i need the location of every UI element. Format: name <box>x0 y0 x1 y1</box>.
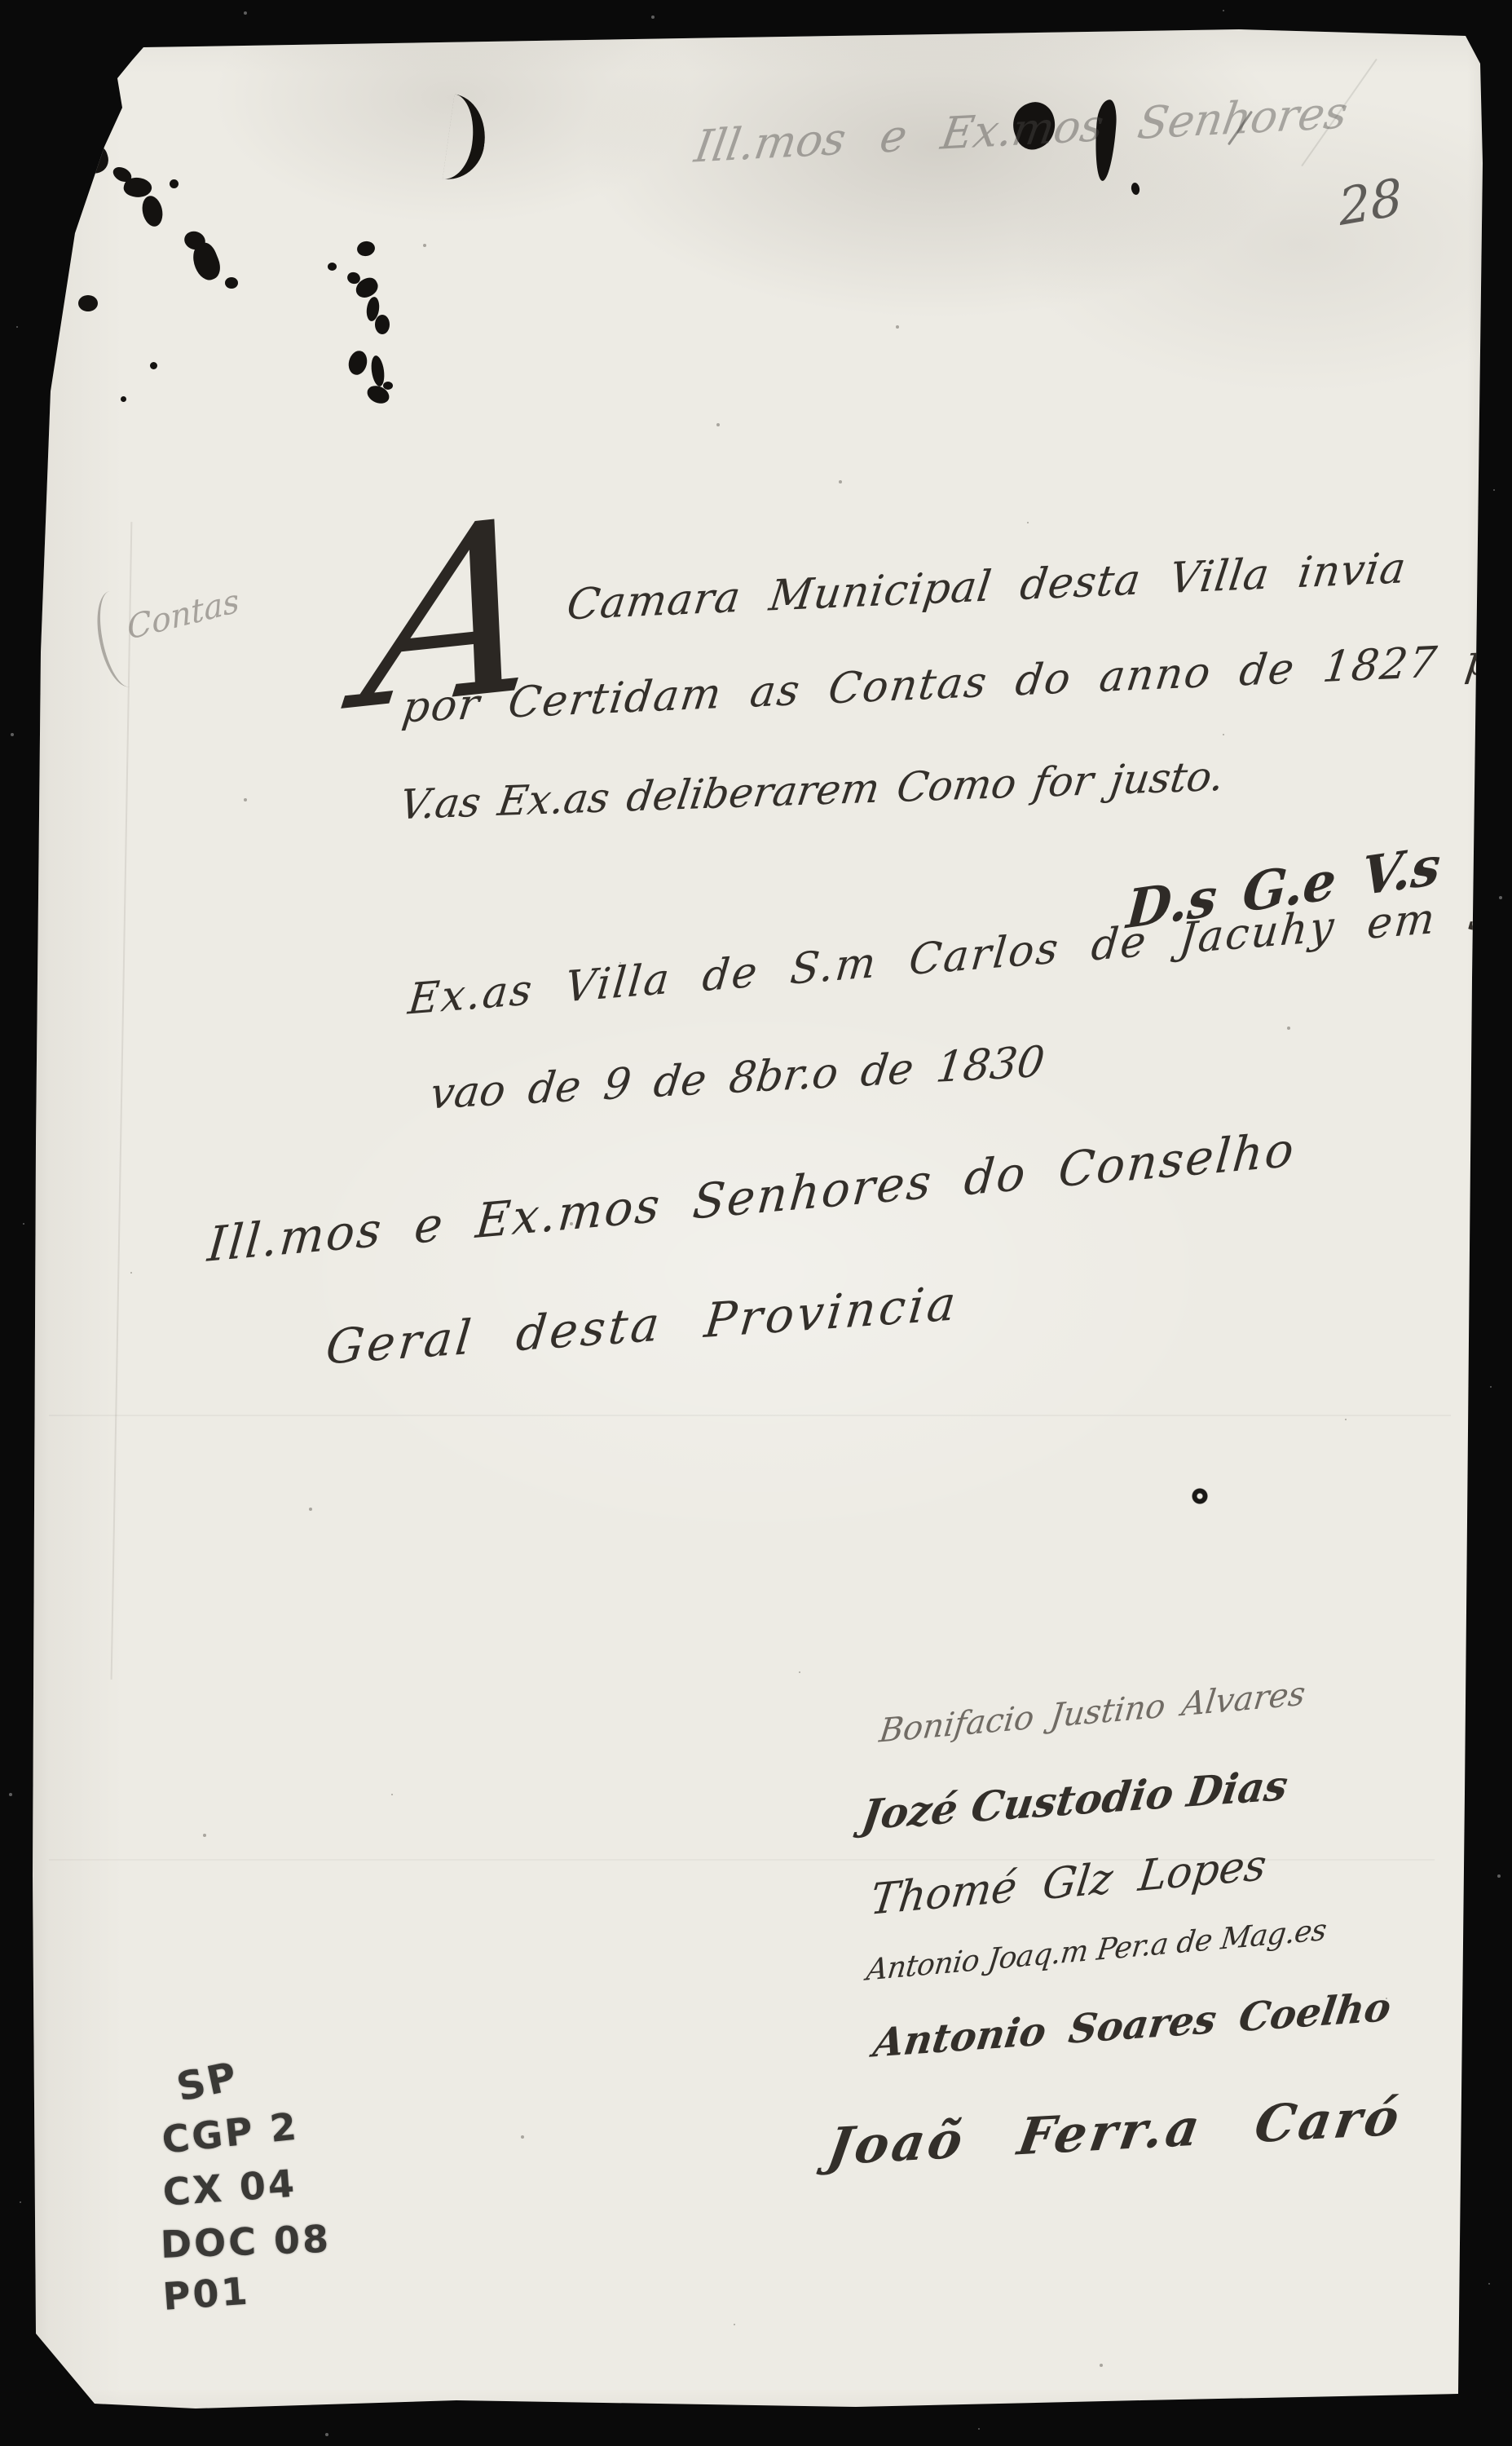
ink-blot <box>383 382 393 390</box>
body-line-2: por Certidam as Contas do anno de 1827 p… <box>399 632 1512 732</box>
signature: Jozé Custodio Dias <box>859 1761 1291 1839</box>
signature: Antonio Soares Coelho <box>871 1985 1394 2067</box>
signature: Thomé Glz Lopes <box>868 1841 1269 1925</box>
ink-blot <box>356 240 377 258</box>
margin-note: Contas <box>126 582 241 647</box>
signature: Antonio Joaq.m Per.a de Mag.es <box>865 1914 1329 1988</box>
paper: Ill.mos e Ex.mos Senhores 28 Contas A Ca… <box>0 0 1512 2446</box>
ink-blot <box>375 315 390 334</box>
dateline-2: vao de 9 de 8br.o de 1830 <box>428 1038 1047 1119</box>
ink-blot <box>121 396 126 402</box>
archive-mark: CX 04 <box>161 2161 298 2214</box>
archive-mark: DOC 08 <box>160 2217 332 2267</box>
archive-mark: CGP 2 <box>160 2104 301 2161</box>
archive-mark: SP <box>173 2053 243 2111</box>
ink-blot <box>68 124 93 148</box>
body-line-3: V.as Ex.as deliberarem Como for justo. <box>397 753 1228 829</box>
salutation-line: Ill.mos e Ex.mos Senhores <box>691 86 1351 173</box>
ink-blot <box>170 179 179 188</box>
signature: Joaõ Ferr.a Caró <box>823 2086 1406 2177</box>
dateline-1: Ex.as Villa de S.m Carlos de Jacuhy em S… <box>406 885 1512 1025</box>
address-line-2: Geral desta Provincia <box>324 1275 962 1375</box>
signature: Bonifacio Justino Alvares <box>877 1675 1307 1750</box>
ink-blot <box>81 143 112 176</box>
ink-blot <box>78 295 98 311</box>
ink-blot <box>1131 182 1140 196</box>
crease-line <box>111 522 133 1680</box>
ink-stroke <box>443 94 491 183</box>
ink-blot <box>225 277 238 289</box>
ink-blot <box>328 263 337 271</box>
address-line-1: Ill.mos e Ex.mos Senhores do Conselho <box>205 1121 1298 1273</box>
ink-blot <box>150 362 157 369</box>
scan-background: Ill.mos e Ex.mos Senhores 28 Contas A Ca… <box>0 0 1512 2446</box>
ink-ring-stain <box>1192 1487 1208 1505</box>
page-number: 28 <box>1337 166 1404 237</box>
ink-blot <box>346 349 370 377</box>
body-line-1: Camara Municipal desta Villa invia <box>564 544 1409 629</box>
crease-line <box>49 1415 1451 1416</box>
ink-blot <box>139 194 165 228</box>
background-dust-specks <box>0 0 2 2</box>
archive-mark: P01 <box>161 2269 251 2319</box>
